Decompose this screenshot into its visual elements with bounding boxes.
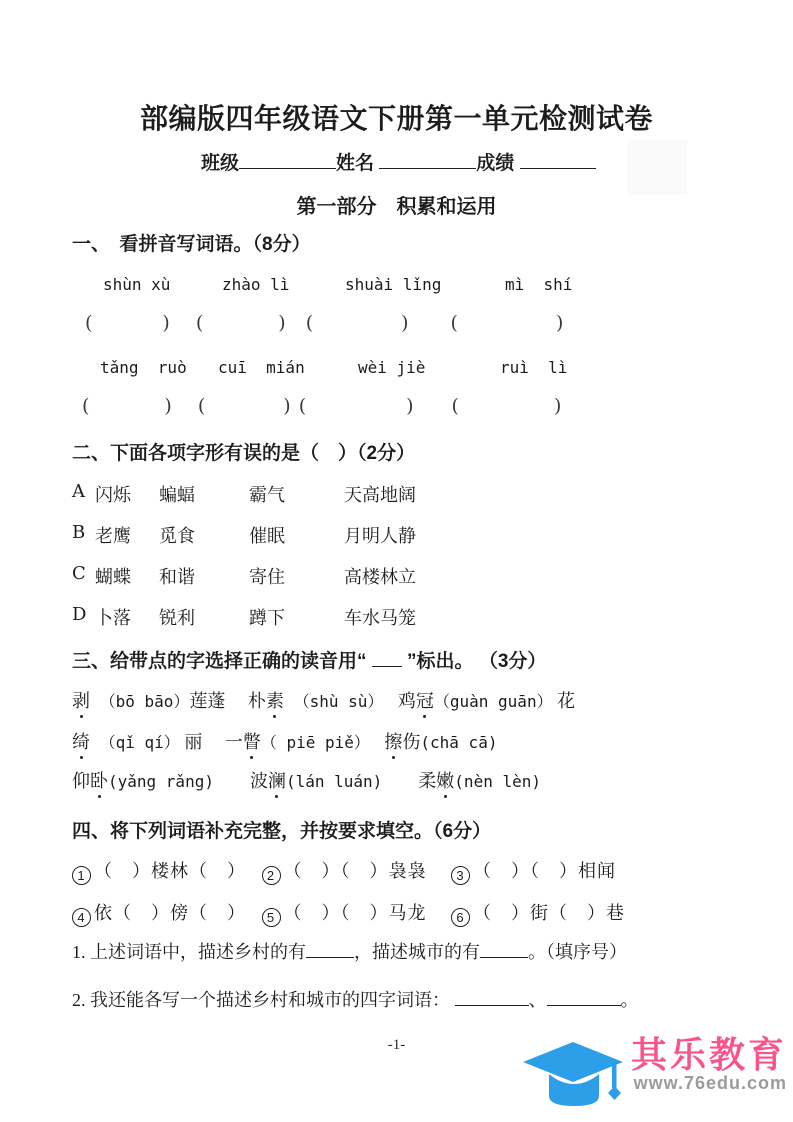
option-word: 锐利	[159, 604, 249, 630]
text-run: 丽 一	[180, 732, 243, 752]
text-run: )	[556, 312, 563, 334]
word-completion-row-2: 4依（ ）傍（ ） 5（ ）（ ）马龙 6（ ）街（ ）巷	[72, 899, 625, 927]
section-one-heading: 一、 看拼音写词语。（8分）	[72, 229, 311, 256]
text-run: 依（ ）傍（ ）	[94, 903, 262, 923]
pinyin-text: （bō bāo）	[90, 692, 189, 711]
text-run: 1. 上述词语中，描述乡村的有	[72, 942, 306, 962]
option-row-b: B 老鹰 觅食 催眠 月明人静	[72, 522, 416, 548]
option-row-a: A 闪烁 蝙蝠 霸气 天高地阔	[72, 481, 416, 507]
pinyin-text: (chā cā)	[420, 733, 497, 752]
pronunciation-line-3: 仰卧(yǎng rǎng) 波澜(lán luán) 柔嫩(nèn lèn)	[72, 767, 541, 793]
option-label: D	[72, 604, 95, 630]
text-run: (	[85, 312, 92, 334]
text-run: )	[162, 312, 169, 334]
pronunciation-line-1: 剥 （bō bāo）莲蓬 朴素 （shù sù） 鸡冠（guàn guān） 花	[72, 687, 575, 713]
circled-number: 5	[262, 908, 281, 927]
answer-bracket-row-1: ()()()()	[85, 312, 563, 334]
option-label: A	[72, 481, 95, 507]
pinyin-word: shùn xù	[103, 275, 222, 294]
dotted-char: 剥	[72, 687, 90, 713]
text-run: 成绩	[476, 153, 519, 174]
text-run: （ ）街（ ）巷	[473, 903, 625, 923]
text-run: 伤	[402, 732, 420, 752]
pronunciation-line-2: 绮 （qǐ qí） 丽 一瞥（ piē piě） 擦伤(chā cā)	[72, 728, 497, 754]
option-word: 车水马笼	[344, 604, 416, 630]
text-run: ”标出。 （3分）	[402, 651, 547, 672]
pinyin-text: (lán luán)	[286, 772, 382, 791]
brand-logo: 其乐教育 www.76edu.com	[517, 1034, 787, 1116]
text-run: ，描述城市的有	[354, 942, 480, 962]
pinyin-word: cuī mián	[218, 358, 358, 377]
text-run: 波	[214, 771, 268, 791]
option-word: 觅食	[159, 522, 249, 548]
option-word: 卜落	[95, 604, 159, 630]
pinyin-word: ruì lì	[500, 358, 567, 377]
document-page: 部编版四年级语文下册第一单元检测试卷 班级姓名 成绩 第一部分 积累和运用 一、…	[0, 0, 793, 1122]
pinyin-word: tǎng ruò	[100, 358, 218, 377]
dotted-char: 擦	[384, 728, 402, 754]
text-run: (	[451, 312, 458, 334]
text-run: )	[283, 395, 290, 417]
fill-blank-line-2: 2. 我还能各写一个描述乡村和城市的四字词语： 、。	[72, 986, 639, 1012]
brand-text-block: 其乐教育 www.76edu.com	[631, 1034, 787, 1094]
section-three-heading: 三、给带点的字选择正确的读音用“ ”标出。 （3分）	[72, 646, 546, 673]
graduation-cap-icon	[517, 1034, 629, 1116]
blank-underline	[379, 154, 476, 169]
blank-underline	[372, 652, 402, 667]
student-info-line: 班级姓名 成绩	[201, 148, 596, 175]
pinyin-word: zhào lì	[222, 275, 345, 294]
text-run: 2. 我还能各写一个描述乡村和城市的四字词语：	[72, 990, 455, 1010]
dotted-char: 绮	[72, 728, 90, 754]
blank-underline	[547, 991, 621, 1006]
dotted-char: 澜	[268, 767, 286, 793]
text-run: )	[554, 395, 561, 417]
text-run: (	[452, 395, 459, 417]
option-row-c: C 蝴蝶 和谐 寄住 高楼林立	[72, 563, 416, 589]
text-run: 。（填序号）	[528, 942, 627, 962]
dotted-char: 瞥	[243, 728, 261, 754]
text-run: （ ）（ ）袅袅	[284, 861, 452, 881]
option-word: 月明人静	[344, 522, 416, 548]
answer-bracket-row-2: ()()()()	[82, 395, 561, 417]
circled-number: 2	[262, 866, 281, 885]
circled-number: 3	[451, 866, 470, 885]
text-run: (	[299, 395, 306, 417]
pinyin-text: （ piē piě）	[261, 733, 362, 752]
option-label: B	[72, 522, 95, 548]
option-word: 催眠	[249, 522, 344, 548]
word-completion-row-1: 1（ ）楼林（ ） 2（ ）（ ）袅袅 3（ ）（ ）相闻	[72, 857, 616, 885]
text-run: 姓名	[336, 153, 379, 174]
option-label: C	[72, 563, 95, 589]
option-word: 闪烁	[95, 481, 159, 507]
blank-underline	[306, 943, 354, 958]
option-word: 蝴蝶	[95, 563, 159, 589]
section-two-heading: 二、下面各项字形有误的是（ ）（2分）	[72, 438, 415, 465]
text-run: (	[198, 395, 205, 417]
circled-number: 4	[72, 908, 91, 927]
text-run: 。	[621, 990, 639, 1010]
circled-number: 1	[72, 866, 91, 885]
pinyin-text: （qǐ qí）	[90, 733, 180, 752]
text-run: 仰	[72, 771, 90, 791]
section-four-heading: 四、将下列词语补充完整，并按要求填空。（6分）	[72, 816, 491, 843]
brand-url: www.76edu.com	[634, 1073, 787, 1094]
text-run: (	[196, 312, 203, 334]
text-run: 三、给带点的字选择正确的读音用“	[72, 651, 372, 672]
pinyin-text: (nèn lèn)	[454, 772, 541, 791]
text-run: )	[164, 395, 171, 417]
part-heading: 第一部分 积累和运用	[0, 190, 793, 219]
pinyin-word: mì shí	[505, 275, 572, 294]
text-run: （ ）（ ）马龙	[284, 903, 452, 923]
dotted-char: 素	[266, 687, 284, 713]
option-word: 天高地阔	[344, 481, 416, 507]
scan-artifact	[627, 140, 687, 195]
text-run: 莲蓬 朴	[189, 691, 266, 711]
pinyin-text: （shù sù）	[284, 692, 375, 711]
text-run: (	[306, 312, 313, 334]
blank-underline	[520, 154, 596, 169]
text-run: )	[406, 395, 413, 417]
blank-underline	[480, 943, 528, 958]
option-word: 蹲下	[249, 604, 344, 630]
option-word: 寄住	[249, 563, 344, 589]
option-word: 霸气	[249, 481, 344, 507]
circled-number: 6	[451, 908, 470, 927]
text-run: 、	[529, 990, 547, 1010]
text-run: （ ）楼林（ ）	[94, 861, 262, 881]
text-run: 班级	[201, 153, 239, 174]
pinyin-row-2: tǎng ruò cuī mián wèi jiè ruì lì	[72, 358, 567, 377]
option-word: 老鹰	[95, 522, 159, 548]
pinyin-word: wèi jiè	[358, 358, 500, 377]
text-run: 柔	[382, 771, 436, 791]
dotted-char: 卧	[90, 767, 108, 793]
option-row-d: D 卜落 锐利 蹲下 车水马笼	[72, 604, 416, 630]
fill-blank-line-1: 1. 上述词语中，描述乡村的有，描述城市的有。（填序号）	[72, 938, 627, 964]
option-word: 蝙蝠	[159, 481, 249, 507]
option-word: 高楼林立	[344, 563, 416, 589]
text-run: )	[278, 312, 285, 334]
text-run: )	[401, 312, 408, 334]
dotted-char: 冠	[416, 687, 434, 713]
option-word: 和谐	[159, 563, 249, 589]
dotted-char: 嫩	[436, 767, 454, 793]
page-title: 部编版四年级语文下册第一单元检测试卷	[0, 97, 793, 137]
blank-underline	[455, 991, 529, 1006]
pinyin-row-1: shùn xù zhào lì shuài lǐng mì shí	[72, 275, 572, 294]
blank-underline	[239, 154, 336, 169]
text-run: (	[82, 395, 89, 417]
brand-name: 其乐教育	[631, 1034, 787, 1075]
pinyin-text: (yǎng rǎng)	[108, 772, 214, 791]
text-run: （ ）（ ）相闻	[473, 861, 616, 881]
pinyin-text: （guàn guān）	[434, 692, 553, 711]
text-run: 鸡	[375, 691, 416, 711]
pinyin-word: shuài lǐng	[345, 275, 505, 294]
text-run: 花	[553, 691, 576, 711]
text-run	[362, 732, 385, 752]
